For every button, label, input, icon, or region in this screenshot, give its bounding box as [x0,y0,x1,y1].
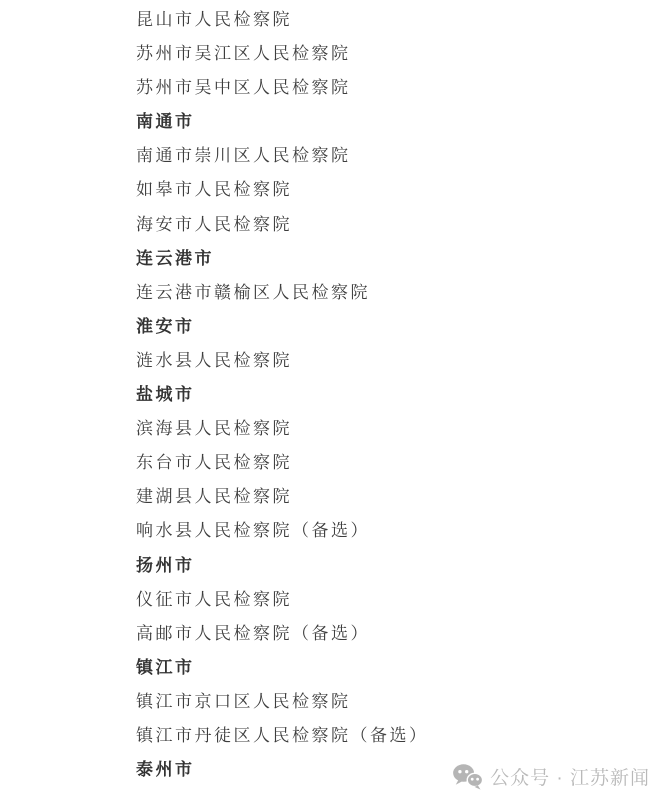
city-header: 泰州市 [136,753,429,787]
city-header: 南通市 [136,105,429,139]
watermark-text: 公众号 · 江苏新闻 [490,763,650,790]
procuratorate-list: 昆山市人民检察院苏州市吴江区人民检察院苏州市吴中区人民检察院南通市南通市崇川区人… [136,3,429,787]
city-header: 淮安市 [136,310,429,344]
list-item: 南通市崇川区人民检察院 [136,139,429,173]
list-item: 苏州市吴江区人民检察院 [136,37,429,71]
list-item: 昆山市人民检察院 [136,3,429,37]
city-header: 镇江市 [136,651,429,685]
list-item: 连云港市赣榆区人民检察院 [136,276,429,310]
list-item: 如皋市人民检察院 [136,173,429,207]
list-item: 仪征市人民检察院 [136,583,429,617]
wechat-icon [452,763,483,790]
list-item: 建湖县人民检察院 [136,480,429,514]
list-item: 响水县人民检察院（备选） [136,514,429,548]
list-item: 滨海县人民检察院 [136,412,429,446]
city-header: 连云港市 [136,242,429,276]
list-item: 苏州市吴中区人民检察院 [136,71,429,105]
city-header: 盐城市 [136,378,429,412]
list-item: 涟水县人民检察院 [136,344,429,378]
document-page: 昆山市人民检察院苏州市吴江区人民检察院苏州市吴中区人民检察院南通市南通市崇川区人… [0,0,669,800]
city-header: 扬州市 [136,549,429,583]
wechat-watermark: 公众号 · 江苏新闻 [452,763,650,790]
list-item: 镇江市丹徒区人民检察院（备选） [136,719,429,753]
list-item: 高邮市人民检察院（备选） [136,617,429,651]
list-item: 东台市人民检察院 [136,446,429,480]
list-item: 海安市人民检察院 [136,208,429,242]
list-item: 镇江市京口区人民检察院 [136,685,429,719]
